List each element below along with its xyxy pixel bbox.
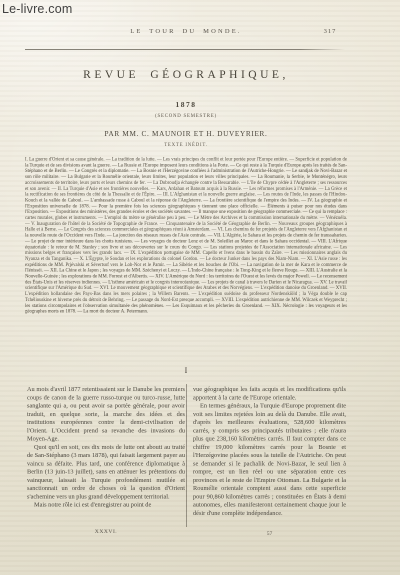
left-paragraph-2: Quoi qu'il en soit, ces dix mois de lutt… <box>27 443 185 501</box>
sheet-mark: 57 <box>193 531 346 537</box>
left-paragraph-3: Mais notre rôle ici est d'enregistrer au… <box>27 501 185 509</box>
running-head-title: LE TOUR DU MONDE. <box>25 28 347 35</box>
page-number: 317 <box>315 28 345 35</box>
watermark-le-livre: Le-livre.com <box>2 2 72 16</box>
column-divider-rule <box>186 384 187 527</box>
title-year: 1878 <box>25 100 347 109</box>
volume-signature: XXXVI. <box>27 529 185 535</box>
title-semester: (SECOND SEMESTRE) <box>25 114 347 119</box>
summary-block: I. La guerre d'Orient et sa cause généra… <box>25 157 347 366</box>
body-column-left: Au mois d'avril 1877 retentissaient sur … <box>27 385 185 526</box>
body-column-right: vue géographique les faits acquis et les… <box>193 385 346 526</box>
section-numeral: I <box>25 366 347 375</box>
right-paragraph-1: vue géographique les faits acquis et les… <box>193 385 346 402</box>
byline-authors: PAR MM. C. MAUNOIR ET H. DUVEYRIER. <box>25 130 347 138</box>
edition-note: TEXTE INÉDIT. <box>25 143 347 148</box>
page-title: REVUE GÉOGRAPHIQUE, <box>25 69 347 81</box>
right-paragraph-2: En termes généraux, la Turquie d'Europe … <box>193 402 346 518</box>
header-rule <box>25 49 345 50</box>
left-paragraph-1: Au mois d'avril 1877 retentissaient sur … <box>27 385 185 443</box>
summary-text: I. La guerre d'Orient et sa cause généra… <box>25 157 347 315</box>
scanned-book-page: Le-livre.com LE TOUR DU MONDE. 317 REVUE… <box>0 0 400 575</box>
